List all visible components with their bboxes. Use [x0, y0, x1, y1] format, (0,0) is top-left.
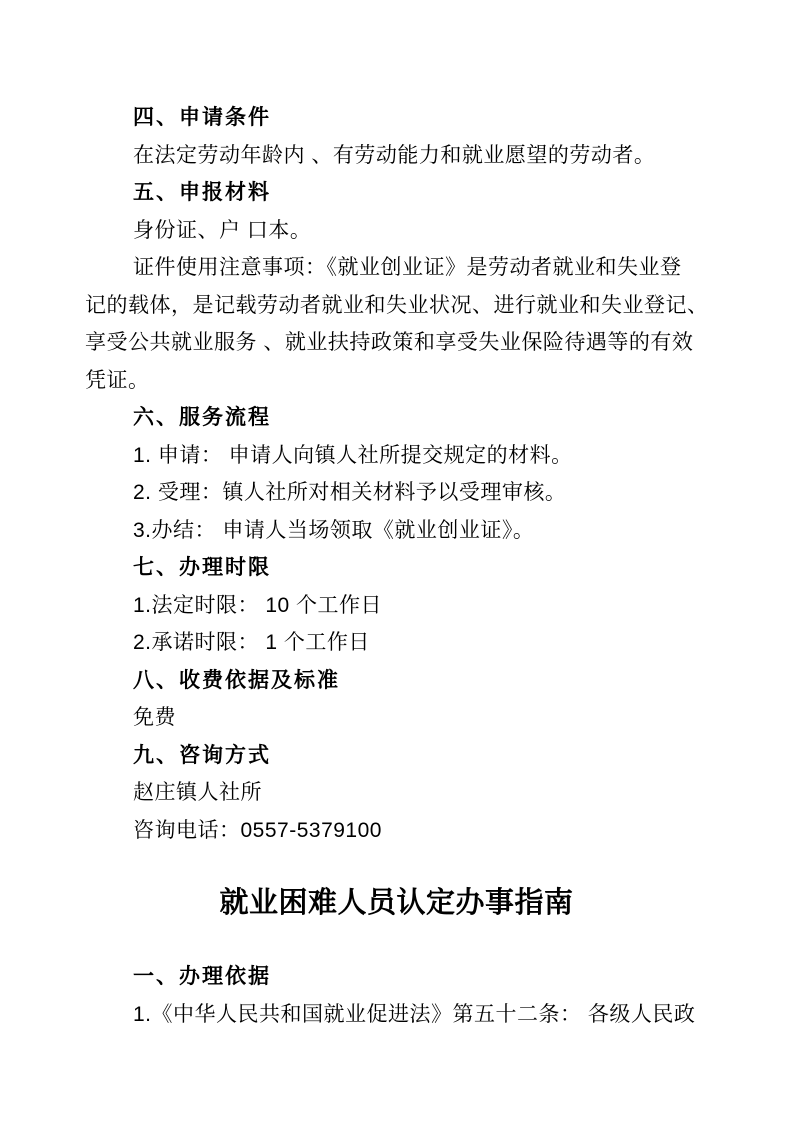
- para-consultation-phone: 咨询电话：0557-5379100: [85, 812, 708, 850]
- heading-4-application-conditions: 四、申请条件: [85, 99, 708, 137]
- heading-7-time-limit: 七、办理时限: [85, 549, 708, 587]
- document-page: 四、申请条件 在法定劳动年龄内 、有劳动能力和就业愿望的劳动者。 五、申报材料 …: [0, 0, 793, 1122]
- para-cert-note-line-3: 享受公共就业服务 、就业扶持政策和享受失业保险待遇等的有效: [85, 324, 708, 362]
- para-statutory-time-limit: 1.法定时限： 10 个工作日: [85, 587, 708, 625]
- para-cert-note-line-1: 证件使用注意事项：《就业创业证》是劳动者就业和失业登: [85, 249, 708, 287]
- para-step-3-complete: 3.办结： 申请人当场领取《就业创业证》。: [85, 512, 708, 550]
- para-fee-free: 免费: [85, 699, 708, 737]
- para-application-conditions: 在法定劳动年龄内 、有劳动能力和就业愿望的劳动者。: [85, 137, 708, 175]
- heading-8-fee-basis: 八、收费依据及标准: [85, 662, 708, 700]
- para-legal-basis: 1.《中华人民共和国就业促进法》第五十二条： 各级人民政: [85, 996, 708, 1034]
- document-body: 四、申请条件 在法定劳动年龄内 、有劳动能力和就业愿望的劳动者。 五、申报材料 …: [85, 99, 708, 1033]
- page-title-difficult-person-guide: 就业困难人员认定办事指南: [85, 875, 708, 931]
- para-materials: 身份证、户 口本。: [85, 212, 708, 250]
- heading-9-consultation: 九、咨询方式: [85, 737, 708, 775]
- heading-5-application-materials: 五、申报材料: [85, 174, 708, 212]
- para-promised-time-limit: 2.承诺时限： 1 个工作日: [85, 624, 708, 662]
- heading-1-handling-basis: 一、办理依据: [85, 958, 708, 996]
- para-step-2-accept: 2. 受理：镇人社所对相关材料予以受理审核。: [85, 474, 708, 512]
- para-cert-note-line-4: 凭证。: [85, 362, 708, 400]
- para-office-name: 赵庄镇人社所: [85, 774, 708, 812]
- para-step-1-apply: 1. 申请： 申请人向镇人社所提交规定的材料。: [85, 437, 708, 475]
- heading-6-service-process: 六、服务流程: [85, 399, 708, 437]
- para-cert-note-line-2: 记的载体，是记载劳动者就业和失业状况、进行就业和失业登记、: [85, 287, 708, 325]
